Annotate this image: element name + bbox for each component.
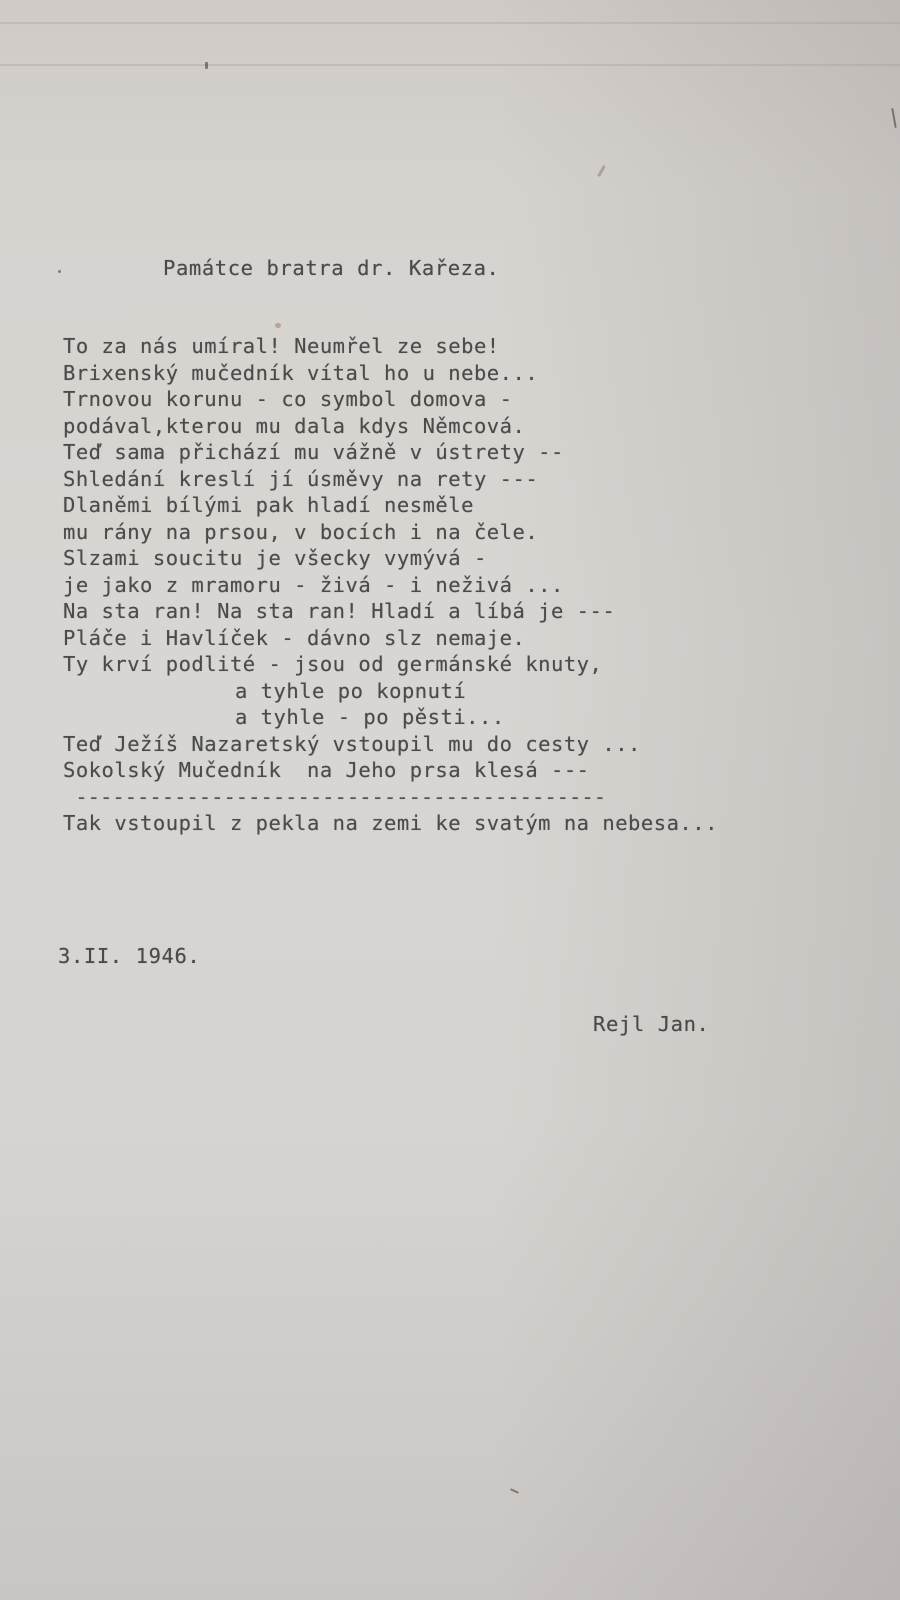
poem-line: Dlaněmi bílými pak hladí nesměle xyxy=(63,492,718,519)
poem-line: Brixenský mučedník vítal ho u nebe... xyxy=(63,360,718,387)
poem-line: Sokolský Mučedník na Jeho prsa klesá --- xyxy=(63,757,718,784)
poem-line: Tak vstoupil z pekla na zemi ke svatým n… xyxy=(63,810,718,837)
paper-speck xyxy=(205,62,208,69)
poem-line: je jako z mramoru - živá - i neživá ... xyxy=(63,572,718,599)
poem-line: Pláče i Havlíček - dávno slz nemaje. xyxy=(63,625,718,652)
poem-line: mu rány na prsou, v bocích i na čele. xyxy=(63,519,718,546)
paper-speck xyxy=(58,270,61,273)
paper-speck xyxy=(891,108,896,128)
poem-line: a tyhle - po pěsti... xyxy=(63,704,718,731)
paper-fold xyxy=(0,22,900,24)
poem-line: podával,kterou mu dala kdys Němcová. xyxy=(63,413,718,440)
poem-line: a tyhle po kopnutí xyxy=(63,678,718,705)
poem-line: Shledání kreslí jí úsměvy na rety --- xyxy=(63,466,718,493)
poem-line: Na sta ran! Na sta ran! Hladí a líbá je … xyxy=(63,598,718,625)
poem-body: To za nás umíral! Neumřel ze sebe!Brixen… xyxy=(63,333,718,837)
paper-speck xyxy=(275,323,281,328)
document-title: Památce bratra dr. Kařeza. xyxy=(163,256,500,280)
paper-speck xyxy=(597,165,606,177)
separator-line: ----------------------------------------… xyxy=(63,784,718,811)
poem-line: Trnovou korunu - co symbol domova - xyxy=(63,386,718,413)
author-signature: Rejl Jan. xyxy=(593,1012,709,1036)
paper-speck xyxy=(510,1488,519,1494)
poem-line: Slzami soucitu je všecky vymývá - xyxy=(63,545,718,572)
paper-fold xyxy=(0,64,900,66)
poem-line: Teď Ježíš Nazaretský vstoupil mu do cest… xyxy=(63,731,718,758)
poem-line: Teď sama přichází mu vážně v ústrety -- xyxy=(63,439,718,466)
document-date: 3.II. 1946. xyxy=(58,944,200,968)
poem-line: To za nás umíral! Neumřel ze sebe! xyxy=(63,333,718,360)
poem-line: Ty krví podlité - jsou od germánské knut… xyxy=(63,651,718,678)
